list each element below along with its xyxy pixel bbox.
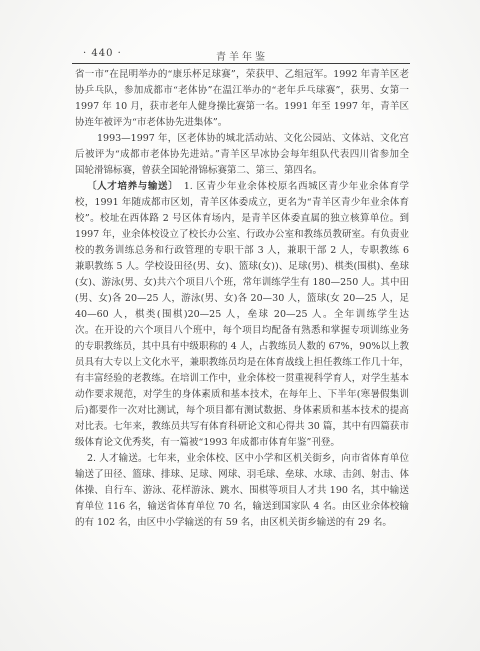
text-line: 后)都要作一次对比测试，每个项目都有测试数据、身体素质和基本技术的提高 (75, 403, 409, 419)
line-text: 后被评为“成都市老体协先进站。”青羊区旱冰协会每年组队代表四川省参加全 (75, 149, 409, 160)
line-text: 后)都要作一次对比测试，每个项目都有测试数据、身体素质和基本技术的提高 (75, 405, 409, 416)
text-line: 员具有大专以上文化水平，兼职教练员均是在体育战线上担任教练工作几十年， (75, 355, 409, 371)
header-rule (72, 63, 410, 64)
text-line: 对比表。七年来，教练员共写有体育科研论文和心得共 30 篇，其中有四篇获市 (75, 419, 409, 435)
text-line: 校的教务训练总务和行政管理的专职干部 3 人，兼职干部 2 人，专职教练 6 人… (75, 243, 409, 259)
text-line: 国轮滑锦标赛，曾获全国轮滑锦标赛第二、第三、第四名。 (75, 163, 409, 179)
text-line: 后被评为“成都市老体协先进站。”青羊区旱冰协会每年组队代表四川省参加全 (75, 147, 409, 163)
document-page: · 440 · 青羊年鉴 省一市”在昆明举办的“康乐杯足球赛”，荣获甲、乙组冠军… (0, 0, 480, 651)
line-text: 次。在开设的六个项目八个班中，每个项目均配备有熟悉和掌握专项训练业务 (75, 325, 409, 336)
line-text: 员具有大专以上文化水平，兼职教练员均是在体育战线上担任教练工作几十年， (75, 357, 409, 368)
text-line: 省一市”在昆明举办的“康乐杯足球赛”，荣获甲、乙组冠军。1992 年青羊区老体 (75, 67, 409, 83)
line-text: 40—60 人，棋类(围棋)20—25 人，垒球 20—25 人。全年训练学生达… (75, 309, 409, 323)
line-text: 1997 年，业余体校设立了校长办公室、行政办公室和教练员教研室。有负责业 (75, 229, 409, 240)
line-text: 兼职教练 5 人。学校设田径(男、女)、篮球(女))、足球(男)、棋类(围棋)、… (75, 261, 409, 272)
line-text: 1. 区青少年业余体校原名西城区青少年业余体育学 (174, 181, 409, 192)
text-line: 协乒乓队，参加成都市“老体协”在温江举办的“老年乒乓球赛”，获男、女第一名。 (75, 83, 409, 99)
line-text: 校的教务训练总务和行政管理的专职干部 3 人，兼职干部 2 人，专职教练 6 人… (75, 245, 409, 259)
text-line: 1997 年 10 月，获市老年人健身操比赛第一名。1991 年至 1997 年… (75, 99, 409, 115)
text-line: 校，1991 年随成都市区划，青羊区体委成立，更名为“青羊区青少年业余体育学 (75, 195, 409, 211)
line-text: 体操、自行车、游泳、花样游泳、跳水、围棋等项目人才共 190 名，其中输送到市体 (75, 485, 409, 499)
text-line: 体操、自行车、游泳、花样游泳、跳水、围棋等项目人才共 190 名，其中输送到市体 (75, 483, 409, 499)
line-text: 对比表。七年来，教练员共写有体育科研论文和心得共 30 篇，其中有四篇获市 (75, 421, 409, 432)
line-text: 省一市”在昆明举办的“康乐杯足球赛”，荣获甲、乙组冠军。1992 年青羊区老体 (75, 69, 409, 83)
text-line: 协连年被评为“市老体协先进集体”。 (75, 115, 409, 131)
running-title: 青羊年鉴 (75, 48, 409, 63)
body-text: 省一市”在昆明举办的“康乐杯足球赛”，荣获甲、乙组冠军。1992 年青羊区老体 … (75, 67, 409, 531)
line-text: 育单位 116 名，输送省体育单位 70 名，输送到国家队 4 名。由区业余体校… (75, 501, 409, 515)
line-text: (男、女)各 20—25 人，游泳(男、女)各 20—30 人，篮球(女 20—… (75, 293, 409, 307)
text-line: 动作要求规范，对学生的身体素质和基本技术，在每年上、下半年(寒暑假集训前 (75, 387, 409, 403)
line-text: 级体育论文优秀奖，有一篇被“1993 年成都市体育年鉴”刊登。 (75, 437, 340, 448)
line-text: 校，1991 年随成都市区划，青羊区体委成立，更名为“青羊区青少年业余体育学 (75, 197, 409, 211)
line-text: 有丰富经验的老教练。在培训工作中，业余体校一贯重视科学育人，对学生基本 (75, 373, 409, 384)
line-text: 校”。校址在西体路 2 号区体育场内，是青羊区体委直属的独立核算单位。到 (75, 213, 409, 224)
section-heading: 〔人才培养与输送〕 (87, 181, 174, 192)
text-line: 2. 人才输送。七年来，业余体校、区中小学和区机关街乡，向市省体育单位 (75, 451, 409, 467)
line-text: 的有 102 名，由区中小学输送的有 59 名，由区机关街乡输送的有 29 名。 (75, 517, 392, 528)
text-line: 的有 102 名，由区中小学输送的有 59 名，由区机关街乡输送的有 29 名。 (75, 515, 409, 531)
text-line: 育单位 116 名，输送省体育单位 70 名，输送到国家队 4 名。由区业余体校… (75, 499, 409, 515)
text-line: 40—60 人，棋类(围棋)20—25 人，垒球 20—25 人。全年训练学生达… (75, 307, 409, 323)
line-text: 协连年被评为“市老体协先进集体”。 (75, 117, 227, 128)
text-line: 1993—1997 年，区老体协的城北活动站、文化公园站、文体站、文化宫站先 (75, 131, 409, 147)
line-text: 1997 年 10 月，获市老年人健身操比赛第一名。1991 年至 1997 年… (75, 101, 409, 115)
line-text: 协乒乓队，参加成都市“老体协”在温江举办的“老年乒乓球赛”，获男、女第一名。 (75, 85, 409, 99)
page-header: · 440 · 青羊年鉴 (75, 48, 409, 61)
text-line: 兼职教练 5 人。学校设田径(男、女)、篮球(女))、足球(男)、棋类(围棋)、… (75, 259, 409, 275)
text-line: (男、女)各 20—25 人，游泳(男、女)各 20—30 人，篮球(女 20—… (75, 291, 409, 307)
line-text: 动作要求规范，对学生的身体素质和基本技术，在每年上、下半年(寒暑假集训前 (75, 389, 409, 403)
line-text: 1993—1997 年，区老体协的城北活动站、文化公园站、文体站、文化宫站先 (75, 133, 409, 147)
text-line: 〔人才培养与输送〕 1. 区青少年业余体校原名西城区青少年业余体育学 (75, 179, 409, 195)
line-text: (女)、游泳(男、女)共六个项目八个班，常年训练学生有 180—250 人。其中… (75, 277, 409, 291)
text-line: 校”。校址在西体路 2 号区体育场内，是青羊区体委直属的独立核算单位。到 (75, 211, 409, 227)
text-line: 输送了田径、篮球、排球、足球、网球、羽毛球、垒球、水球、击剑、射击、体操、艺术 (75, 467, 409, 483)
text-line: 的专职教练员，其中具有中级职称的 4 人，占教练员人数的 67%，90%以上教练 (75, 339, 409, 355)
line-text: 输送了田径、篮球、排球、足球、网球、羽毛球、垒球、水球、击剑、射击、体操、艺术 (75, 469, 409, 483)
line-text: 的专职教练员，其中具有中级职称的 4 人，占教练员人数的 67%，90%以上教练 (75, 341, 409, 355)
line-text: 国轮滑锦标赛，曾获全国轮滑锦标赛第二、第三、第四名。 (75, 165, 322, 176)
text-line: 1997 年，业余体校设立了校长办公室、行政办公室和教练员教研室。有负责业 (75, 227, 409, 243)
text-line: 次。在开设的六个项目八个班中，每个项目均配备有熟悉和掌握专项训练业务 (75, 323, 409, 339)
text-line: (女)、游泳(男、女)共六个项目八个班，常年训练学生有 180—250 人。其中… (75, 275, 409, 291)
text-line: 级体育论文优秀奖，有一篇被“1993 年成都市体育年鉴”刊登。 (75, 435, 409, 451)
text-line: 有丰富经验的老教练。在培训工作中，业余体校一贯重视科学育人，对学生基本 (75, 371, 409, 387)
line-text: 2. 人才输送。七年来，业余体校、区中小学和区机关街乡，向市省体育单位 (87, 453, 409, 464)
